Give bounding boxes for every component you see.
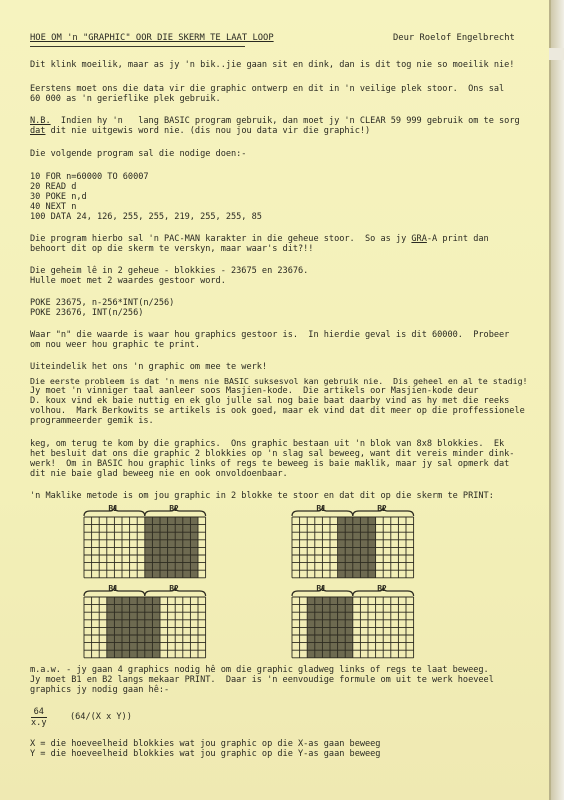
intro-paragraph: Dit klink moeilik, maar as jy 'n bik..ji… — [30, 60, 514, 70]
paragraph-line: 60 000 as 'n gerieflike plek gebruik. — [30, 94, 221, 104]
paragraph-line: Die program hierbo sal 'n PAC-MAN karakt… — [30, 234, 489, 244]
paragraph-line: m.a.w. - jy gaan 4 graphics nodig hê om … — [30, 665, 489, 675]
paragraph-line: werk! Om in BASIC hou graphic links of r… — [30, 459, 509, 469]
formula-denominator: x.y — [31, 718, 47, 728]
graphic-grid-figure: B1B2 — [82, 583, 210, 662]
svg-text:B1: B1 — [316, 504, 326, 513]
code-line: POKE 23675, n-256*INT(n/256) — [30, 298, 174, 308]
paragraph-line: Waar "n" die waarde is waar hou graphics… — [30, 330, 509, 340]
paragraph-line: volhou. Mark Berkowits se artikels is oo… — [30, 406, 525, 416]
svg-text:B2: B2 — [377, 504, 387, 513]
formula-inline: (64/(X x Y)) — [70, 712, 132, 722]
code-line: 40 NEXT n — [30, 202, 76, 212]
graphic-grid-figure: B1B2 — [290, 503, 418, 582]
code-line: 10 FOR n=60000 TO 60007 — [30, 172, 149, 182]
code-line: 20 READ d — [30, 182, 76, 192]
paragraph-line: om nou weer hou graphic te print. — [30, 340, 200, 350]
title-underline — [30, 46, 245, 47]
page-edge — [551, 0, 564, 800]
article-title: HOE OM 'n "GRAPHIC" OOR DIE SKERM TE LAA… — [30, 33, 274, 43]
formula-numerator: 64 — [31, 707, 47, 718]
paragraph-line: Jy moet 'n vinniger taal aanleer soos Ma… — [30, 386, 478, 396]
paragraph-line: keg, om terug te kom by die graphics. On… — [30, 439, 504, 449]
program-intro: Die volgende program sal die nodige doen… — [30, 149, 246, 159]
svg-text:B1: B1 — [316, 584, 326, 593]
nb-note-line2: dat dit nie uitgewis word nie. (dis nou … — [30, 126, 370, 136]
paragraph-line: D. koux vind ek baie nuttig en ek glo ju… — [30, 396, 509, 406]
code-line: POKE 23676, INT(n/256) — [30, 308, 143, 318]
paragraph-line: dit nie baie glad beweeg nie en ook onvo… — [30, 469, 288, 479]
nb-note: N.B. Indien hy 'n lang BASIC program geb… — [30, 116, 520, 126]
paragraph-line: graphics jy nodig gaan hê:- — [30, 685, 169, 695]
svg-text:B1: B1 — [108, 584, 118, 593]
graphic-grid-figure: B1B2 — [82, 503, 210, 582]
paragraph-line: Die eerste probleem is dat 'n mens nie B… — [30, 376, 528, 386]
code-line: 100 DATA 24, 126, 255, 255, 219, 255, 25… — [30, 212, 262, 222]
paragraph-line: Die geheim lê in 2 geheue - blokkies - 2… — [30, 266, 308, 276]
paragraph-line: Jy moet B1 en B2 langs mekaar PRINT. Daa… — [30, 675, 494, 685]
article-author: Deur Roelof Engelbrecht — [393, 33, 515, 43]
nb-text: Indien hy 'n lang BASIC program gebruik,… — [51, 116, 520, 126]
paragraph-line: 'n Maklike metode is om jou graphic in 2… — [30, 491, 494, 501]
paragraph-line: Hulle moet met 2 waardes gestoor word. — [30, 276, 226, 286]
svg-text:B2: B2 — [169, 584, 179, 593]
svg-text:B2: B2 — [169, 504, 179, 513]
svg-text:B1: B1 — [108, 504, 118, 513]
page-fold — [549, 48, 564, 60]
paragraph-line: behoort dit op die skerm te verskyn, maa… — [30, 244, 313, 254]
paragraph-line: programmeerder gemik is. — [30, 416, 154, 426]
paragraph-line: het besluit dat ons die graphic 2 blokki… — [30, 449, 514, 459]
graphic-grid-figure: B1B2 — [290, 583, 418, 662]
definition-x: X = die hoeveelheid blokkies wat jou gra… — [30, 739, 380, 749]
svg-text:B2: B2 — [377, 584, 387, 593]
paragraph-line: Eerstens moet ons die data vir die graph… — [30, 84, 504, 94]
nb-label: N.B. — [30, 116, 51, 126]
formula-fraction: 64 x.y — [31, 707, 47, 728]
definition-y: Y = die hoeveelheid blokkies wat jou gra… — [30, 749, 380, 759]
code-line: 30 POKE n,d — [30, 192, 87, 202]
paragraph-line: Uiteindelik het ons 'n graphic om mee te… — [30, 362, 267, 372]
